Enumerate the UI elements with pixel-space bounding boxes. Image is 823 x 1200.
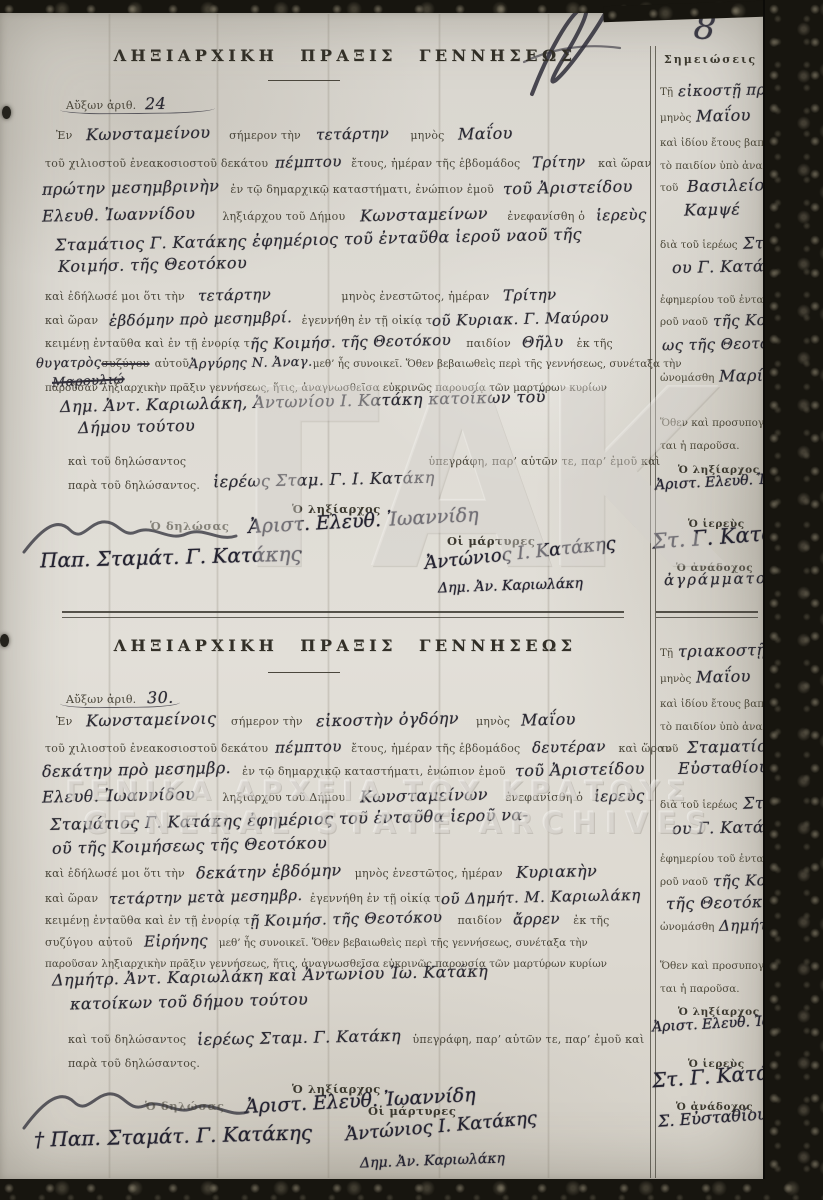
act1-note-godparent-2: Καμψέ — [684, 200, 740, 219]
printed-minos: μηνὸς — [660, 112, 691, 124]
printed-registrar-of: ληξιάρχου τοῦ Δήμου — [222, 210, 345, 223]
signature-declarant: Παπ. Σταμάτ. Γ. Κατάκης — [40, 542, 302, 573]
act1-line-year: τοῦ χιλιοστοῦ ἐνεακοσιοστοῦ δεκάτου πέμπ… — [45, 152, 651, 171]
printed-by-declarant: παρὰ τοῦ δηλώσαντος. — [68, 1057, 200, 1070]
dilosas-label-text: Ὁ δηλώσας — [150, 519, 230, 533]
act2-parish: ῇ Κοιμήσ. τῆς Θεοτόκου — [250, 908, 443, 930]
printed-weekday: ἔτους, ἡμέραν τῆς ἑβδομάδος — [351, 742, 520, 755]
printed-simeron: σήμερον τὴν — [231, 715, 303, 728]
printed-and-declarant: καὶ τοῦ δηλώσαντος — [68, 455, 186, 468]
printed-current-month: μηνὸς ἐνεστῶτος, ἡμέραν — [341, 290, 489, 303]
act1-child-sex: Θῆλυ — [522, 333, 564, 352]
act2-municipality: Κωνσταμείνων — [360, 785, 488, 807]
cover-edge-right — [763, 0, 823, 1200]
act1-declarant-role: ἱερεὺς — [596, 205, 647, 224]
act2-note-baptism-date: Τῇ τριακοστῇ — [660, 641, 767, 660]
act2-line-witnesses-1: Δημήτρ. Ἀντ. Καριωλάκη καὶ Ἀντωνίου Ἰω. … — [52, 966, 488, 985]
printed-minos: μηνὸς — [410, 129, 444, 142]
act2-reg-date: εἰκοστὴν ὀγδόην — [316, 709, 459, 731]
act2-line-birth: καὶ ὥραν τετάρτην μετὰ μεσημβρ. ἐγεννήθη… — [45, 887, 640, 906]
act1-title-rule — [268, 80, 340, 81]
act2-line-year: τοῦ χιλιοστοῦ ἐνεακοσιοστοῦ δεκάτου πέμπ… — [45, 737, 672, 756]
act2-godparent-2: Εὐσταθίου — [678, 757, 769, 778]
printed-cohabits: μεθ’ ἧς συνοικεῖ. Ὅθεν βεβαιωθεὶς περὶ τ… — [313, 358, 682, 370]
act1-line-birth: καὶ ὥραν ἑβδόμην πρὸ μεσημβρί. ἐγεννήθη … — [45, 309, 609, 328]
printed-located: κειμένῃ ἐνταῦθα καὶ ἐν τῇ ἐνορίᾳ τ — [45, 337, 250, 350]
signature-declarant: † Παπ. Σταμάτ. Γ. Κατάκης — [34, 1120, 313, 1151]
printed-appeared: ἐνεφανίσθη ὁ — [505, 791, 583, 804]
act2-witness2-signature: Δημ. Ἀν. Καριωλάκη — [360, 1150, 505, 1169]
act1-mother: Ἀργύρης Ν. Ἀναγ. — [189, 355, 313, 373]
act2-declarant-ref: ἱερέως Σταμ. Γ. Κατάκη — [197, 1026, 401, 1049]
act1-witness2-signature: Δημ. Ἀν. Καριωλάκη — [438, 575, 583, 594]
printed-spouse: συζύγου — [45, 936, 93, 949]
act1-note-tai: ται ἡ παροῦσα. — [660, 434, 740, 453]
act1-line-witnesses-1: Δημ. Ἀντ. Καριωλάκη, Ἀντωνίου Ι. Κατάκη … — [60, 392, 546, 411]
act1-baptism-month: Μαΐου — [696, 105, 751, 125]
act2-place: Κωνσταμείνοις — [85, 709, 216, 731]
cover-edge-bottom — [0, 1179, 823, 1200]
act1-birth-weekday: Τρίτην — [502, 285, 556, 304]
printed-was-signed: ὑπεγράφη, παρ’ αὐτῶν τε, παρ’ ἐμοῦ καὶ — [428, 455, 660, 468]
printed-current-month: μηνὸς ἐνεστῶτος, ἡμέραν — [355, 867, 503, 880]
notes-header: Σημειώσεις — [664, 48, 757, 67]
printed-dia-tou: διὰ τοῦ ἱερέως — [660, 239, 738, 251]
act1-reg-weekday: Τρίτην — [531, 152, 585, 171]
act1-reg-date: τετάρτην — [316, 124, 390, 144]
act2-registrar-1: τοῦ Ἀριστείδου — [515, 759, 645, 781]
printed-en: Ἐν — [56, 715, 72, 728]
act1-parish: ῆς Κοιμήσ. τῆς Θεοτόκου — [250, 331, 451, 353]
binding-hole — [0, 634, 9, 647]
printed-year: τοῦ χιλιοστοῦ ἐνεακοσιοστοῦ δεκάτου — [45, 157, 268, 170]
dilosas-label-text: Ὁ δηλώσας — [145, 1099, 225, 1113]
printed-and-hour: καὶ ὥραν — [45, 892, 98, 905]
printed-tou: τοῦ — [660, 182, 678, 194]
act1-reg-year: πέμπτου — [275, 152, 342, 171]
act1-declarant-signature: Παπ. Σταμάτ. Γ. Κατάκης — [40, 545, 302, 569]
act1-note-godparent-1: τοῦ Βασιλείου — [660, 176, 775, 195]
act1-line-declaration: καὶ ἐδήλωσέ μοι ὅτι τὴν τετάρτην μηνὸς ἐ… — [45, 285, 556, 304]
act2-reg-month: Μαΐου — [521, 709, 576, 729]
printed-en: Ἐν — [56, 129, 72, 142]
printed-declared: καὶ ἐδήλωσέ μοι ὅτι τὴν — [45, 867, 185, 880]
act2-note-godparent-signature: Σ. Εὐσταθίου — [658, 1108, 767, 1127]
act1-birth-house: οῦ Κυριακ. Γ. Μαύρου — [432, 308, 609, 330]
act2-witness1-signature: Ἀντώνιος Ι. Κατάκης — [345, 1116, 537, 1137]
printed-ti: Τῇ — [660, 86, 673, 98]
printed-and-declarant: καὶ τοῦ δηλώσαντος — [68, 1033, 186, 1046]
act2-declarant-signature: † Παπ. Σταμάτ. Γ. Κατάκης — [34, 1124, 312, 1148]
act2-title: ΛΗΞΙΑΡΧΙΚΗ ΠΡΑΞΙΣ ΓΕΝΝΗΣΕΩΣ — [55, 636, 635, 655]
act2-line-mother: συζύγου αὐτοῦ Εἰρήνης μεθ’ ἧς συνοικεῖ. … — [45, 931, 588, 950]
act2-declarant-2: οῦ τῆς Κοιμήσεως τῆς Θεοτόκου — [52, 833, 327, 858]
act-separator-rule — [62, 611, 624, 618]
act1-note-illiterate: ἀγράμματος — [664, 569, 777, 588]
act2-birth-date: δεκάτην ἑβδόμην — [196, 860, 342, 882]
act1-witnesses-2: Δήμου τούτου — [78, 416, 196, 437]
act2-line-signed-clause: καὶ τοῦ δηλώσαντος ἱερέως Σταμ. Γ. Κατάκ… — [68, 1028, 644, 1047]
act1-registrar-1: τοῦ Ἀριστείδου — [503, 177, 633, 199]
printed-appeared: ἐνεφανίσθη ὁ — [507, 210, 585, 223]
act2-dilosas-label: Ὁ δηλώσας — [145, 1095, 225, 1114]
printed-onomasthi: ὠνομάσθη — [660, 372, 714, 384]
printed-his: αὐτοῦ — [98, 936, 133, 949]
act2-birth-hour: τετάρτην μετὰ μεσημβρ. — [109, 886, 303, 908]
printed-spouse-struck: συζύγου — [101, 357, 149, 370]
act1-line-by-declarant: παρὰ τοῦ δηλώσαντος. ἱερέως Σταμ. Γ. Ι. … — [68, 474, 435, 493]
act2-note-godparent-1: τοῦ Σταματίου — [660, 737, 778, 756]
signature-witness-2: Δημ. Ἀν. Καριωλάκη — [438, 575, 583, 596]
signature-witness-2: Δημ. Ἀν. Καριωλάκη — [360, 1150, 505, 1171]
printed-by-declarant: παρὰ τοῦ δηλώσαντος. — [68, 479, 200, 492]
act2-line-declarant-2: οῦ τῆς Κοιμήσεως τῆς Θεοτόκου — [52, 836, 327, 855]
printed-rou-naou: ροῦ ναοῦ — [660, 876, 708, 888]
act1-reg-hour: πρώτην μεσημβρινὴν — [42, 176, 220, 199]
notes-signature-godparent: Σ. Εὐσταθίου — [657, 1104, 767, 1131]
printed-townhall: ἐν τῷ δημαρχικῷ καταστήματι, ἐνώπιον ἐμο… — [230, 183, 494, 196]
printed-tai: ται ἡ παροῦσα. — [660, 440, 740, 452]
act2-witnesses-2: κατοίκων τοῦ δήμου τούτου — [70, 990, 309, 1014]
act2-declarant-role: ἱερεὺς — [594, 786, 645, 805]
printed-tai: ται ἡ παροῦσα. — [660, 983, 740, 995]
act1-place: Κωνσταμείνου — [85, 123, 210, 145]
act1-line-hour: πρώτην μεσημβρινὴν ἐν τῷ δημαρχικῷ κατασ… — [42, 178, 633, 197]
act1-declarant-2: Κοιμήσ. τῆς Θεοτόκου — [58, 253, 247, 276]
printed-located: κειμένῃ ἐνταῦθα καὶ ἐν τῇ ἐνορίᾳ τ — [45, 914, 250, 927]
act2-reg-hour: δεκάτην πρὸ μεσημβρ. — [42, 758, 231, 781]
act1-line-mother: θυγατρὸςσυζύγου αὐτοῦἈργύρης Ν. Ἀναγ.μεθ… — [36, 352, 682, 371]
printed-of-the: ἐκ τῆς — [573, 914, 609, 927]
act2-registrar-2: Ελευθ. Ἰωαννίδου — [42, 784, 196, 806]
printed-ti: Τῇ — [660, 647, 673, 659]
printed-simeron: σήμερον τὴν — [229, 129, 301, 142]
printed-dia-tou: διὰ τοῦ ἱερέως — [660, 799, 738, 811]
act2-baptism-month: Μαΐου — [696, 666, 751, 686]
act2-line-by-declarant: παρὰ τοῦ δηλώσαντος. — [68, 1052, 200, 1071]
act2-line-hour: δεκάτην πρὸ μεσημβρ. ἐν τῷ δημαρχικῷ κατ… — [42, 760, 645, 779]
act2-note-godparent-2: Εὐσταθίου — [678, 758, 769, 777]
act1-birth-date: τετάρτην — [198, 285, 272, 305]
act2-line-parish: κειμένῃ ἐνταῦθα καὶ ἐν τῇ ἐνορίᾳ τῇ Κοιμ… — [45, 909, 610, 928]
printed-townhall: ἐν τῷ δημαρχικῷ καταστήματι, ἐνώπιον ἐμο… — [242, 765, 506, 778]
act1-line-registrar: Ελευθ. Ἰωαννίδου ληξιάρχου τοῦ Δήμου Κων… — [42, 205, 647, 224]
printed-minos: μηνὸς — [476, 715, 510, 728]
act1-dilosas-label: Ὁ δηλώσας — [150, 515, 230, 534]
act2-child-sex: ἄρρεν — [513, 910, 560, 929]
act2-line-registrar: Ελευθ. Ἰωαννίδου ληξιάρχου τοῦ Δήμου Κων… — [42, 786, 645, 805]
act2-note-month: μηνὸς Μαΐου — [660, 667, 751, 686]
act-separator-rule-notes — [656, 611, 758, 618]
printed-year: τοῦ χιλιοστοῦ ἐνεακοσιοστοῦ δεκάτου — [45, 742, 268, 755]
act2-birth-weekday: Κυριακὴν — [516, 861, 598, 882]
printed-hour: καὶ ὥραν — [598, 157, 651, 170]
printed-onomasthi: ὠνομάσθη — [660, 921, 714, 933]
act1-declarant-ref: ἱερέως Σταμ. Γ. Ι. Κατάκη — [213, 468, 435, 492]
act1-registrar-2: Ελευθ. Ἰωαννίδου — [42, 203, 196, 225]
act1-godparent-illiterate: ἀγράμματος — [664, 569, 778, 589]
act1-line-signed-clause: καὶ τοῦ δηλώσαντος ὑπεγράφη, παρ’ αὐτῶν … — [68, 450, 660, 469]
act1-witness1-signature: Ἀντώνιος Ι. Κατάκης — [424, 543, 616, 564]
printed-his: αὐτοῦ — [155, 357, 190, 370]
printed-born-in-house: ἐγεννήθη ἐν τῇ οἰκίᾳ τ — [310, 892, 441, 905]
act2-baptism-date: τριακοστῇ — [678, 640, 767, 661]
act1-reg-month: Μαΐου — [457, 123, 512, 143]
printed-born-in-house: ἐγεννήθη ἐν τῇ οἰκίᾳ τ — [302, 314, 433, 327]
printed-minos: μηνὸς — [660, 673, 691, 685]
act2-birth-house: οῦ Δημήτ. Μ. Καριωλάκη — [441, 886, 641, 908]
act2-line-witnesses-2: κατοίκων τοῦ δήμου τούτου — [70, 992, 308, 1011]
act1-note-month: μηνὸς Μαΐου — [660, 106, 751, 125]
printed-child: παιδίον — [466, 337, 511, 350]
act2-mother: Εἰρήνης — [144, 931, 208, 950]
act2-reg-weekday: δευτέραν — [531, 737, 605, 757]
act1-municipality: Κωνσταμείνων — [360, 204, 488, 226]
act1-title: ΛΗΞΙΑΡΧΙΚΗ ΠΡΑΞΙΣ ΓΕΝΝΗΣΕΩΣ — [55, 46, 635, 65]
scanned-registry-page: 8 ΛΗΞΙΑΡΧΙΚΗ ΠΡΑΞΙΣ ΓΕΝΝΗΣΕΩΣ Αὔξων ἀριθ… — [0, 0, 823, 1200]
act1-birth-hour: ἑβδόμην πρὸ μεσημβρί. — [109, 308, 293, 330]
printed-rou-naou: ροῦ ναοῦ — [660, 316, 708, 328]
act1-line-declarant-1: Σταμάτιος Γ. Κατάκης ἐφημέριος τοῦ ἐνταῦ… — [55, 230, 582, 249]
act2-reg-year: πέμπτου — [275, 737, 342, 756]
act2-line-opening: Ἐν Κωνσταμείνοις σήμερον τὴν εἰκοστὴν ὀγ… — [56, 710, 576, 729]
notes-header-text: Σημειώσεις — [664, 53, 757, 66]
printed-cohabits: μεθ’ ἧς συνοικεῖ. Ὅθεν βεβαιωθεὶς περὶ τ… — [219, 937, 588, 949]
act1-line-parish: κειμένῃ ἐνταῦθα καὶ ἐν τῇ ἐνορίᾳ τῆς Κοι… — [45, 332, 613, 351]
act2-title-rule — [268, 672, 340, 673]
printed-of-the: ἐκ τῆς — [577, 337, 613, 350]
act1-line-opening: Ἐν Κωνσταμείνου σήμερον τὴν τετάρτην μην… — [56, 124, 512, 143]
printed-weekday: ἔτους, ἡμέραν τῆς ἑβδομάδος — [351, 157, 520, 170]
act1-godparent-2: Καμψέ — [684, 199, 741, 219]
printed-declared: καὶ ἐδήλωσέ μοι ὅτι τὴν — [45, 290, 185, 303]
binding-hole — [2, 106, 11, 119]
act1-registrar-signature: Ἀριστ. Ελευθ. Ἰωαννίδη — [248, 510, 479, 532]
act1-line-witnesses-2: Δήμου τούτου — [78, 417, 195, 436]
act2-line-declarant-1: Σταμάτιος Γ. Κατάκης ἐφημέριος τοῦ ἐνταῦ… — [50, 810, 528, 829]
act2-note-tai: ται ἡ παροῦσα. — [660, 977, 740, 996]
printed-and-hour: καὶ ὥραν — [45, 314, 98, 327]
printed-was-signed: ὑπεγράφη, παρ’ αὐτῶν τε, παρ’ ἐμοῦ καὶ — [413, 1033, 645, 1046]
act1-line-declarant-2: Κοιμήσ. τῆς Θεοτόκου — [58, 255, 247, 274]
printed-registrar-of: ληξιάρχου τοῦ Δήμου — [222, 791, 345, 804]
act2-line-declaration: καὶ ἐδήλωσέ μοι ὅτι τὴν δεκάτην ἑβδόμην … — [45, 862, 597, 881]
printed-tou: τοῦ — [660, 743, 678, 755]
printed-child: παιδίον — [457, 914, 502, 927]
